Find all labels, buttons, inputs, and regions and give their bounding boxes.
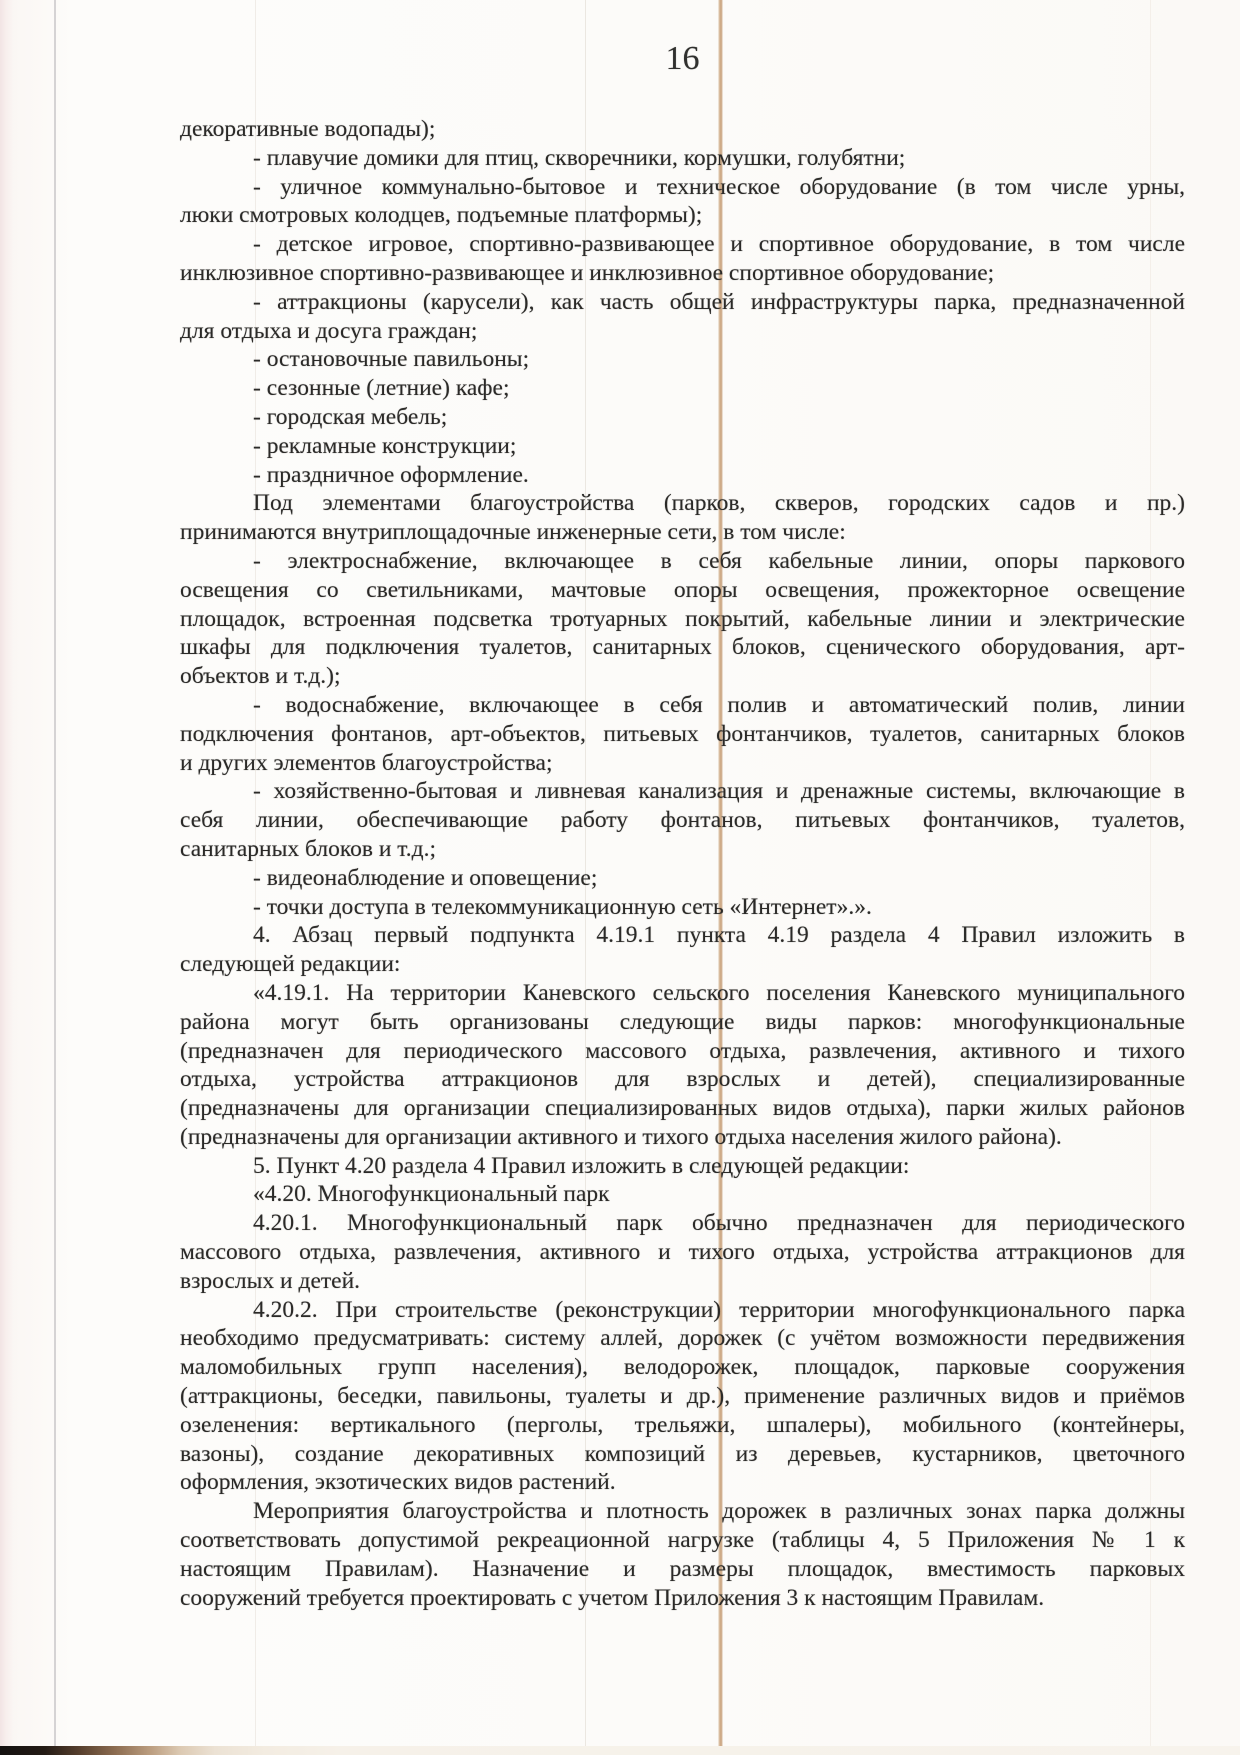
text-line: взрослых и детей.	[180, 1267, 1185, 1296]
text-line: (аттракционы, беседки, павильоны, туалет…	[180, 1382, 1185, 1411]
text-line: необходимо предусматривать: систему алле…	[180, 1324, 1185, 1353]
text-line: «4.19.1. На территории Каневского сельск…	[180, 979, 1185, 1008]
text-line: - рекламные конструкции;	[180, 432, 1185, 461]
text-line: принимаются внутриплощадочные инженерные…	[180, 518, 1185, 547]
text-line: 4.20.1. Многофункциональный парк обычно …	[180, 1209, 1185, 1238]
text-line: - видеонаблюдение и оповещение;	[180, 864, 1185, 893]
text-line: - сезонные (летние) кафе;	[180, 374, 1185, 403]
text-line: сооружений требуется проектировать с уче…	[180, 1584, 1185, 1613]
text-line: люки смотровых колодцев, подъемные платф…	[180, 201, 1185, 230]
text-line: 4. Абзац первый подпункта 4.19.1 пункта …	[180, 921, 1185, 950]
text-line: (предназначены для организации активного…	[180, 1123, 1185, 1152]
text-line: - уличное коммунально-бытовое и техничес…	[180, 173, 1185, 202]
text-line: - электроснабжение, включающее в себя ка…	[180, 547, 1185, 576]
text-line: - городская мебель;	[180, 403, 1185, 432]
text-line: - аттракционы (карусели), как часть обще…	[180, 288, 1185, 317]
text-line: - плавучие домики для птиц, скворечники,…	[180, 144, 1185, 173]
text-line: себя линии, обеспечивающие работу фонтан…	[180, 806, 1185, 835]
text-line: - детское игровое, спортивно-развивающее…	[180, 230, 1185, 259]
text-line: 5. Пункт 4.20 раздела 4 Правил изложить …	[180, 1152, 1185, 1181]
text-line: озеленения: вертикального (перголы, трел…	[180, 1411, 1185, 1440]
text-line: декоративные водопады);	[180, 115, 1185, 144]
text-line: 4.20.2. При строительстве (реконструкции…	[180, 1296, 1185, 1325]
text-line: и других элементов благоустройства;	[180, 749, 1185, 778]
text-line: площадок, встроенная подсветка тротуарны…	[180, 605, 1185, 634]
text-line: - хозяйственно-бытовая и ливневая канали…	[180, 777, 1185, 806]
page-number: 16	[640, 40, 725, 78]
text-line: отдыха, устройства аттракционов для взро…	[180, 1065, 1185, 1094]
text-line: - праздничное оформление.	[180, 461, 1185, 490]
text-line: следующей редакции:	[180, 950, 1185, 979]
text-line: оформления, экзотических видов растений.	[180, 1468, 1185, 1497]
left-edge-scan-shadow	[0, 0, 14, 1755]
text-line: (предназначены для организации специализ…	[180, 1094, 1185, 1123]
text-line: объектов и т.д.);	[180, 662, 1185, 691]
text-line: шкафы для подключения туалетов, санитарн…	[180, 633, 1185, 662]
bottom-scan-strip	[0, 1746, 1240, 1755]
text-line: - остановочные павильоны;	[180, 345, 1185, 374]
text-line: настоящим Правилам). Назначение и размер…	[180, 1555, 1185, 1584]
text-line: подключения фонтанов, арт-объектов, пить…	[180, 720, 1185, 749]
text-line: санитарных блоков и т.д.;	[180, 835, 1185, 864]
text-line: Под элементами благоустройства (парков, …	[180, 489, 1185, 518]
text-line: соответствовать допустимой рекреационной…	[180, 1526, 1185, 1555]
left-margin-rule-line	[54, 0, 56, 1755]
text-line: массового отдыха, развлечения, активного…	[180, 1238, 1185, 1267]
text-line: района могут быть организованы следующие…	[180, 1008, 1185, 1037]
text-line: для отдыха и досуга граждан;	[180, 317, 1185, 346]
text-line: «4.20. Многофункциональный парк	[180, 1180, 1185, 1209]
text-line: вазоны), создание декоративных композици…	[180, 1440, 1185, 1469]
text-line: освещения со светильниками, мачтовые опо…	[180, 576, 1185, 605]
text-line: инклюзивное спортивно-развивающее и инкл…	[180, 259, 1185, 288]
document-body: декоративные водопады);- плавучие домики…	[180, 115, 1185, 1612]
text-line: Мероприятия благоустройства и плотность …	[180, 1497, 1185, 1526]
text-line: маломобильных групп населения), велодоро…	[180, 1353, 1185, 1382]
text-line: (предназначен для периодического массово…	[180, 1037, 1185, 1066]
text-line: - водоснабжение, включающее в себя полив…	[180, 691, 1185, 720]
text-line: - точки доступа в телекоммуникационную с…	[180, 893, 1185, 922]
scanned-document-page: 16 декоративные водопады);- плавучие дом…	[0, 0, 1240, 1755]
